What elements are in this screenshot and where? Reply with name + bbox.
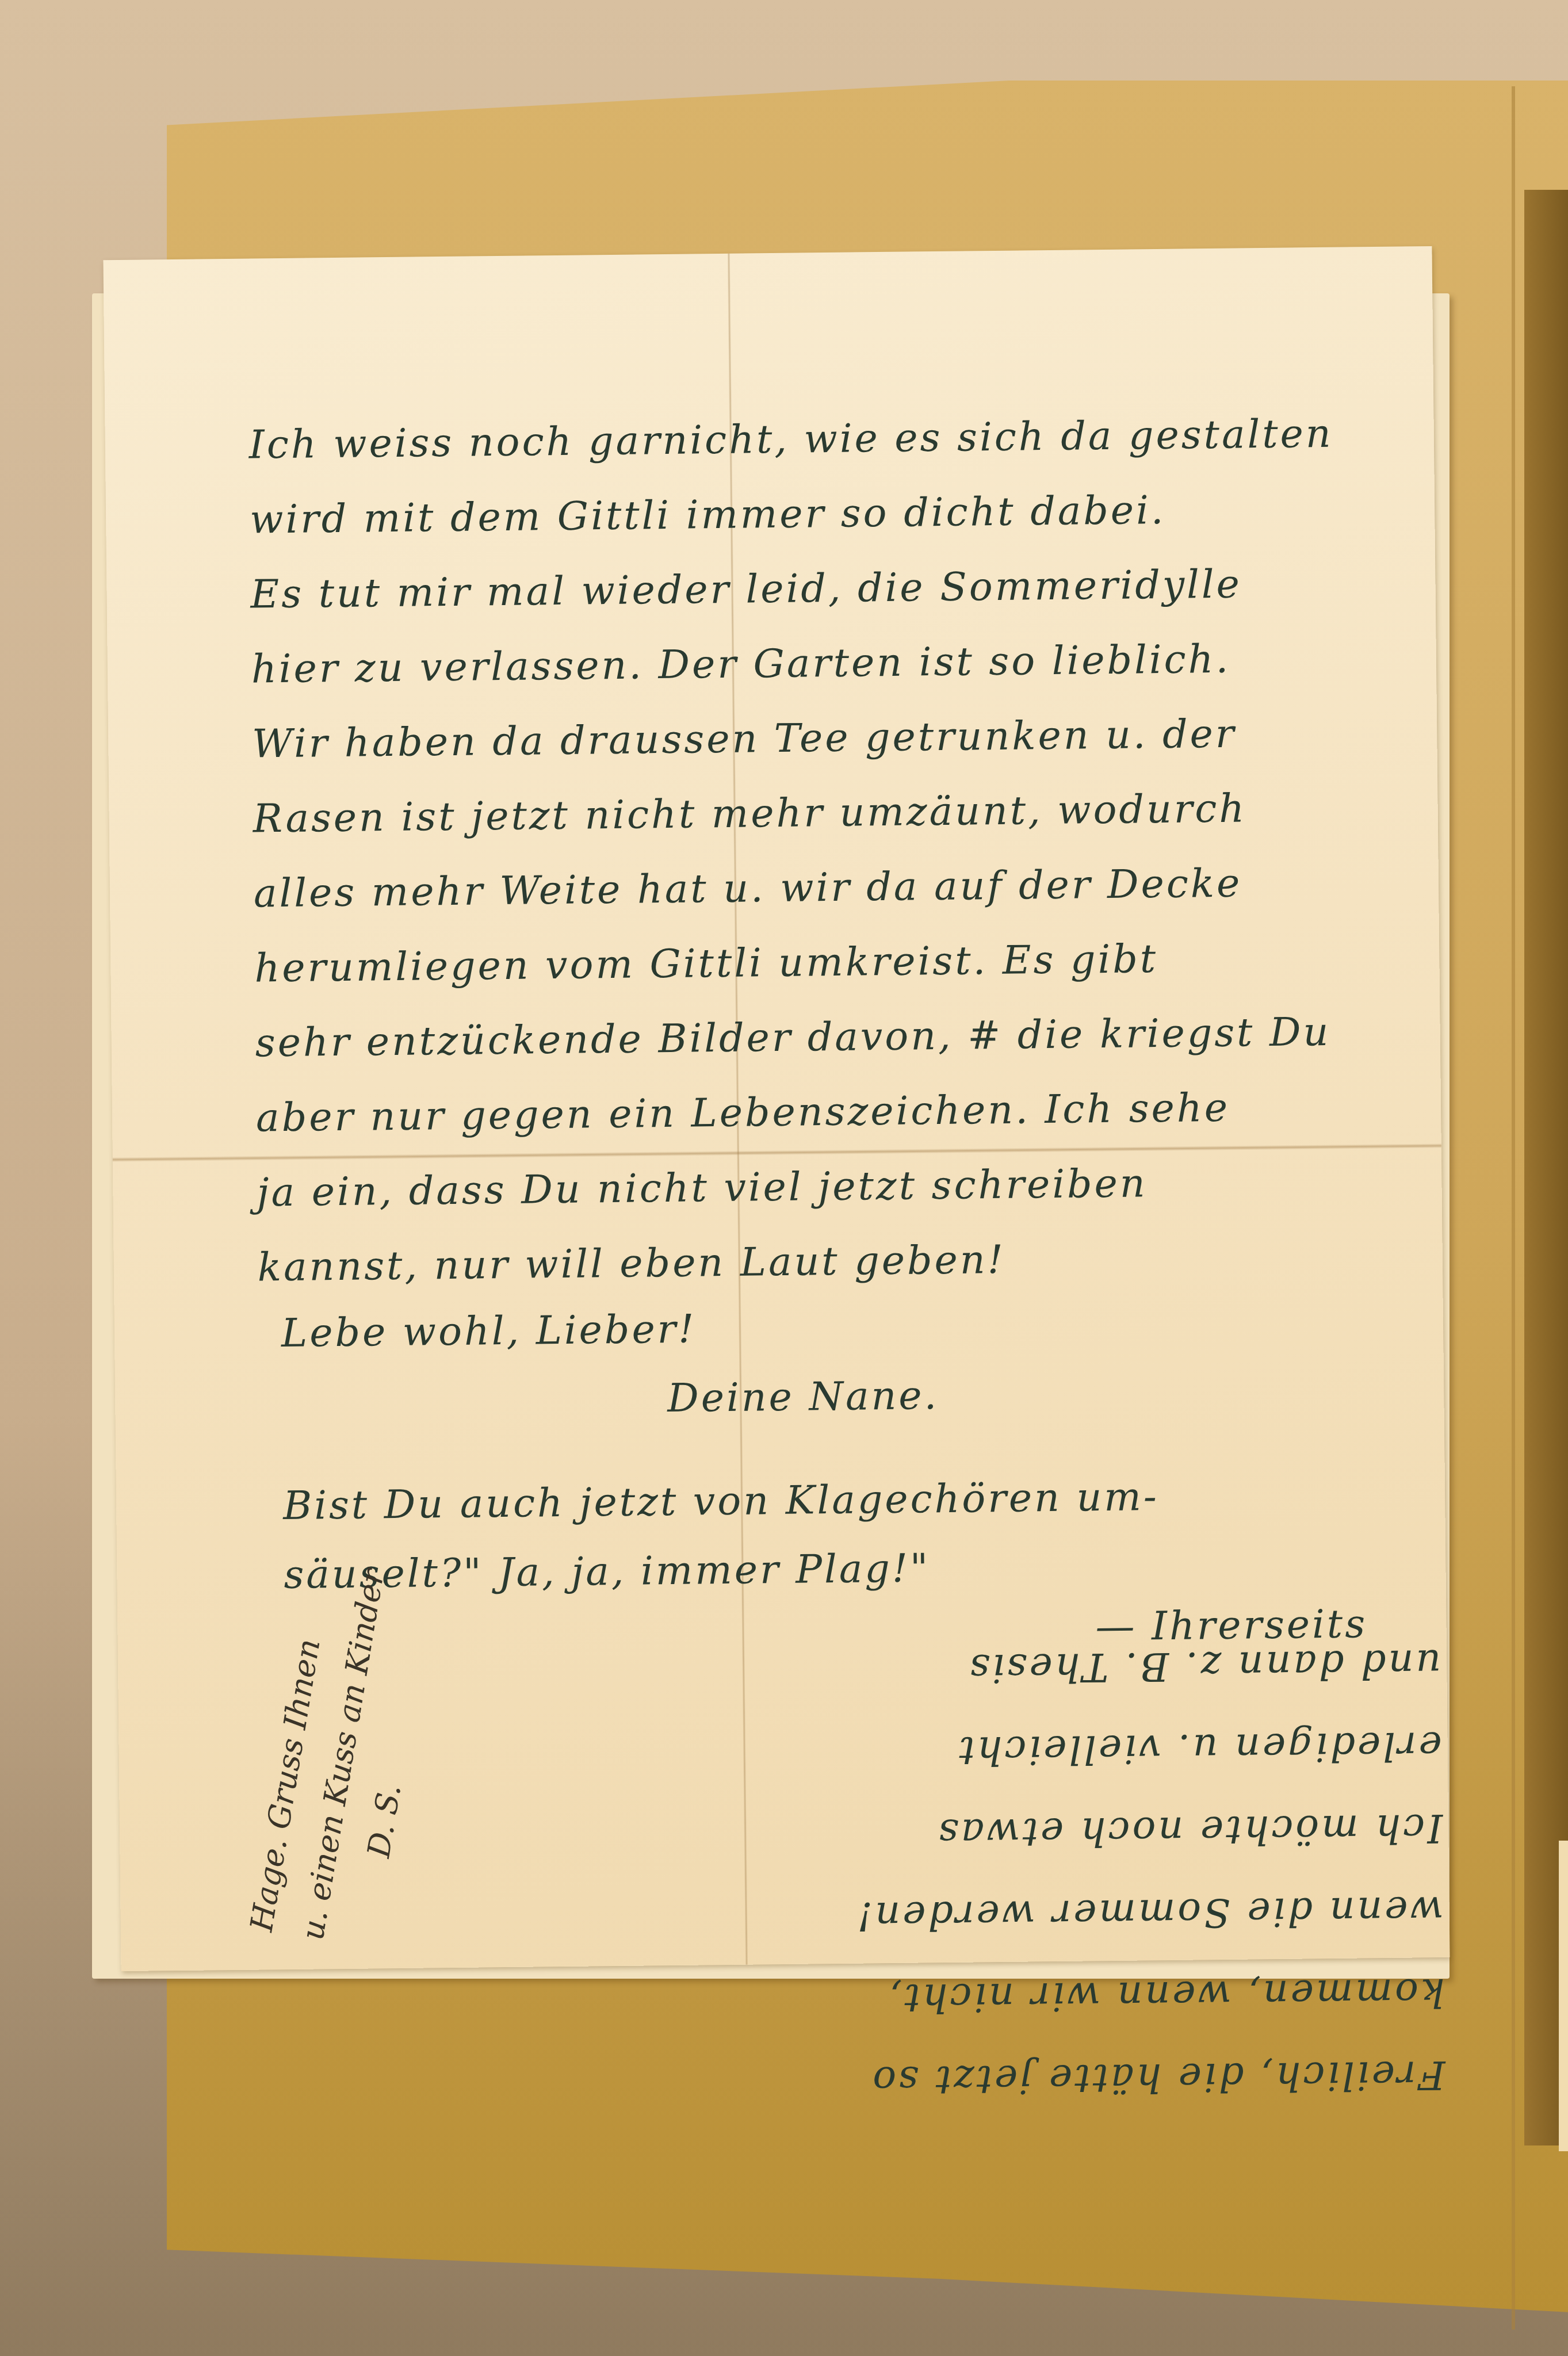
closing-line: Lebe wohl, Lieber!: [281, 1306, 697, 1356]
upside-down-line: Ich möchte noch etwas: [741, 1805, 1443, 1858]
letter-line: kannst, nur will eben Laut geben!: [257, 1237, 1005, 1291]
upside-down-line: kommen, wenn wir nicht,: [743, 1969, 1445, 2022]
letter-line: ja ein, dass Du nicht viel jetzt schreib…: [257, 1161, 1148, 1215]
letter-line: wird mit dem Gittli immer so dicht dabei…: [250, 488, 1166, 543]
letter-line: Wir haben da draussen Tee getrunken u. d…: [252, 712, 1237, 767]
letter-line: Es tut mir mal wieder leid, die Sommerid…: [250, 561, 1242, 617]
upside-down-line: Freilich, die hätte jetzt so: [743, 2052, 1445, 2105]
signature: Deine Nane.: [667, 1373, 939, 1421]
letter-line: sehr entzückende Bilder davon, # die kri…: [255, 1009, 1330, 1066]
margin-annotation: Hage. Gruss Ihnen u. einen Kuss an Kinde…: [236, 1556, 450, 1952]
letter-line: alles mehr Weite hat u. wir da auf der D…: [254, 861, 1242, 917]
folder-crease: [1512, 86, 1515, 2330]
letter-line: herumliegen vom Gittli umkreist. Es gibt: [254, 936, 1158, 991]
letter-sheet: Ich weiss noch garnicht, wie es sich da …: [103, 246, 1450, 1971]
letter-line: aber nur gegen ein Lebenszeichen. Ich se…: [256, 1085, 1230, 1141]
letter-line: Rasen ist jetzt nicht mehr umzäunt, wodu…: [253, 786, 1246, 842]
postscript-line: Bist Du auch jetzt von Klagechören um-: [283, 1474, 1159, 1529]
upside-down-text-block: Freilich, die hätte jetzt so kommen, wen…: [739, 1604, 1445, 2105]
upside-down-line: erledigen u. vielleicht: [740, 1723, 1442, 1776]
horizontal-fold: [113, 1143, 1441, 1162]
letter-line: hier zu verlassen. Der Garten ist so lie…: [251, 637, 1231, 693]
letter-line: Ich weiss noch garnicht, wie es sich da …: [248, 411, 1333, 468]
upside-down-line: wenn die Sommer werden!: [741, 1887, 1444, 1940]
adjacent-paper-edge: [1559, 1841, 1568, 2151]
upside-down-line: und dann z. B. Thesis: [739, 1640, 1441, 1693]
